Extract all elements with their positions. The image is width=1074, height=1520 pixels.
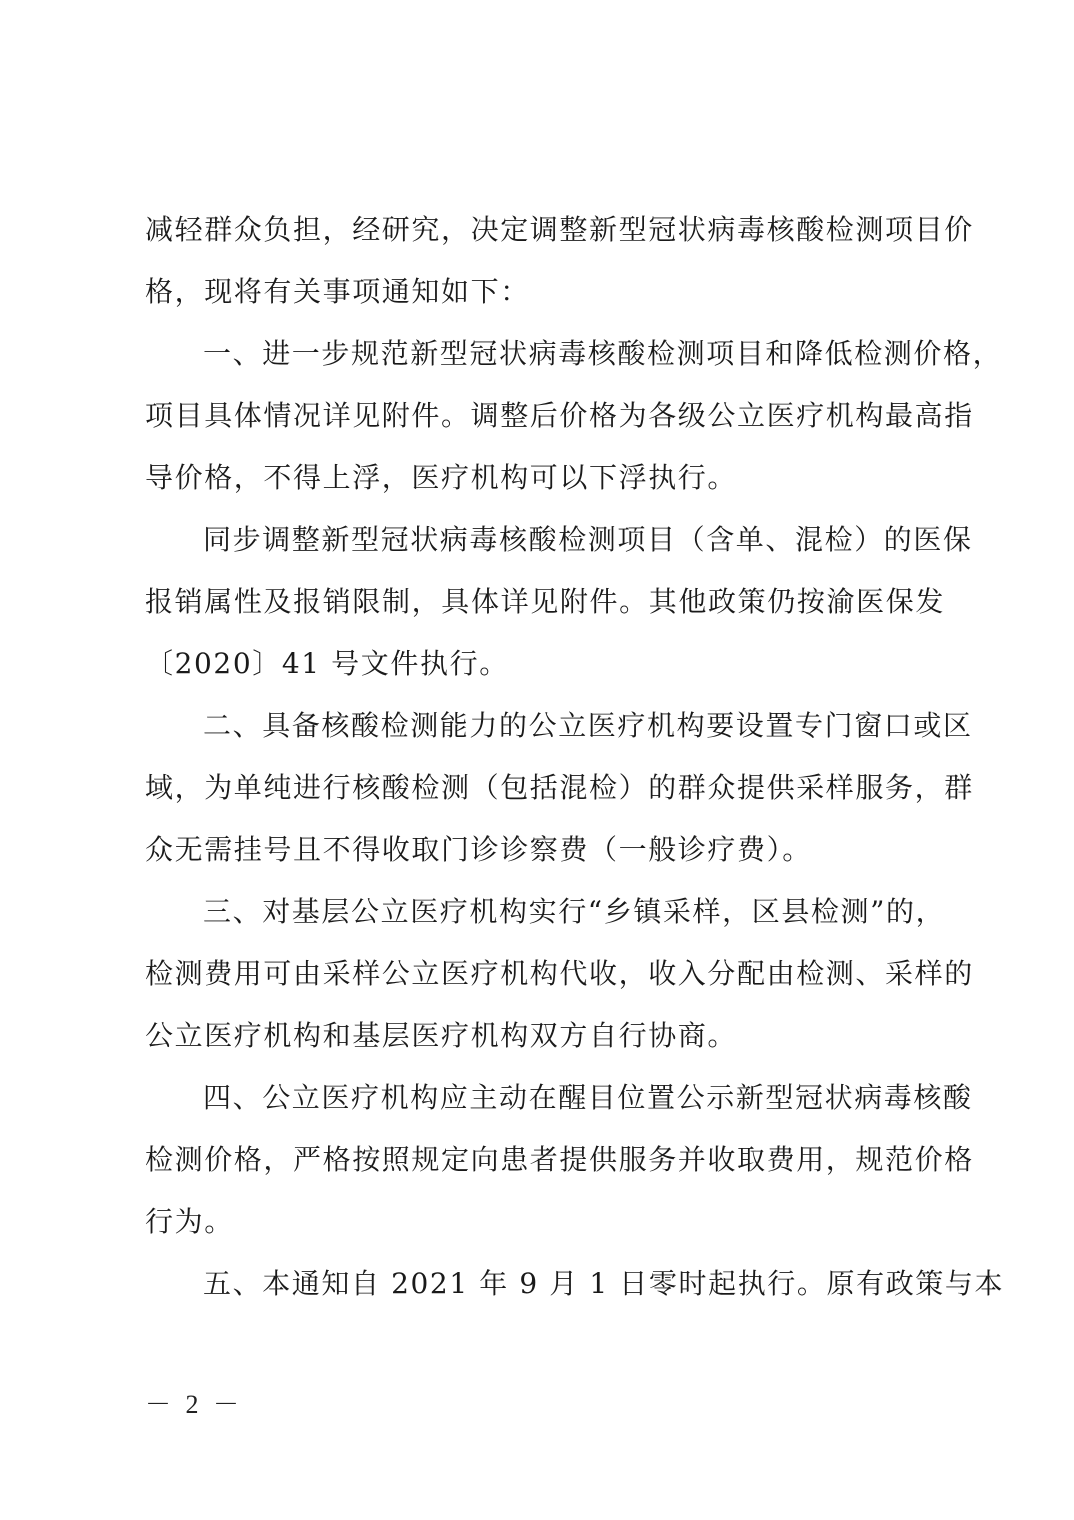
text-line: 同步调整新型冠状病毒核酸检测项目（含单、混检）的医保 [145,515,945,577]
text-line: 减轻群众负担，经研究，决定调整新型冠状病毒核酸检测项目价 [145,205,945,267]
text-line: 行为。 [145,1197,945,1259]
text-line: 格，现将有关事项通知如下： [145,267,945,329]
text-line: 〔2020〕41 号文件执行。 [145,639,945,701]
document-page: 减轻群众负担，经研究，决定调整新型冠状病毒核酸检测项目价 格，现将有关事项通知如… [0,0,1074,1520]
text-line: 二、具备核酸检测能力的公立医疗机构要设置专门窗口或区 [145,701,945,763]
text-line: 众无需挂号且不得收取门诊诊察费（一般诊疗费）。 [145,825,945,887]
text-line: 项目具体情况详见附件。调整后价格为各级公立医疗机构最高指 [145,391,945,453]
document-body: 减轻群众负担，经研究，决定调整新型冠状病毒核酸检测项目价 格，现将有关事项通知如… [145,205,945,1321]
text-line: 检测费用可由采样公立医疗机构代收，收入分配由检测、采样的 [145,949,945,1011]
text-line: 导价格，不得上浮，医疗机构可以下浮执行。 [145,453,945,515]
text-line: 域，为单纯进行核酸检测（包括混检）的群众提供采样服务，群 [145,763,945,825]
text-line: 三、对基层公立医疗机构实行“乡镇采样，区县检测”的， [145,887,945,949]
text-line: 公立医疗机构和基层医疗机构双方自行协商。 [145,1011,945,1073]
text-line: 检测价格，严格按照规定向患者提供服务并收取费用，规范价格 [145,1135,945,1197]
text-line: 一、进一步规范新型冠状病毒核酸检测项目和降低检测价格， [145,329,945,391]
text-line: 四、公立医疗机构应主动在醒目位置公示新型冠状病毒核酸 [145,1073,945,1135]
page-number: － 2 － [145,1384,243,1421]
text-line: 报销属性及报销限制，具体详见附件。其他政策仍按渝医保发 [145,577,945,639]
text-line: 五、本通知自 2021 年 9 月 1 日零时起执行。原有政策与本 [145,1259,945,1321]
